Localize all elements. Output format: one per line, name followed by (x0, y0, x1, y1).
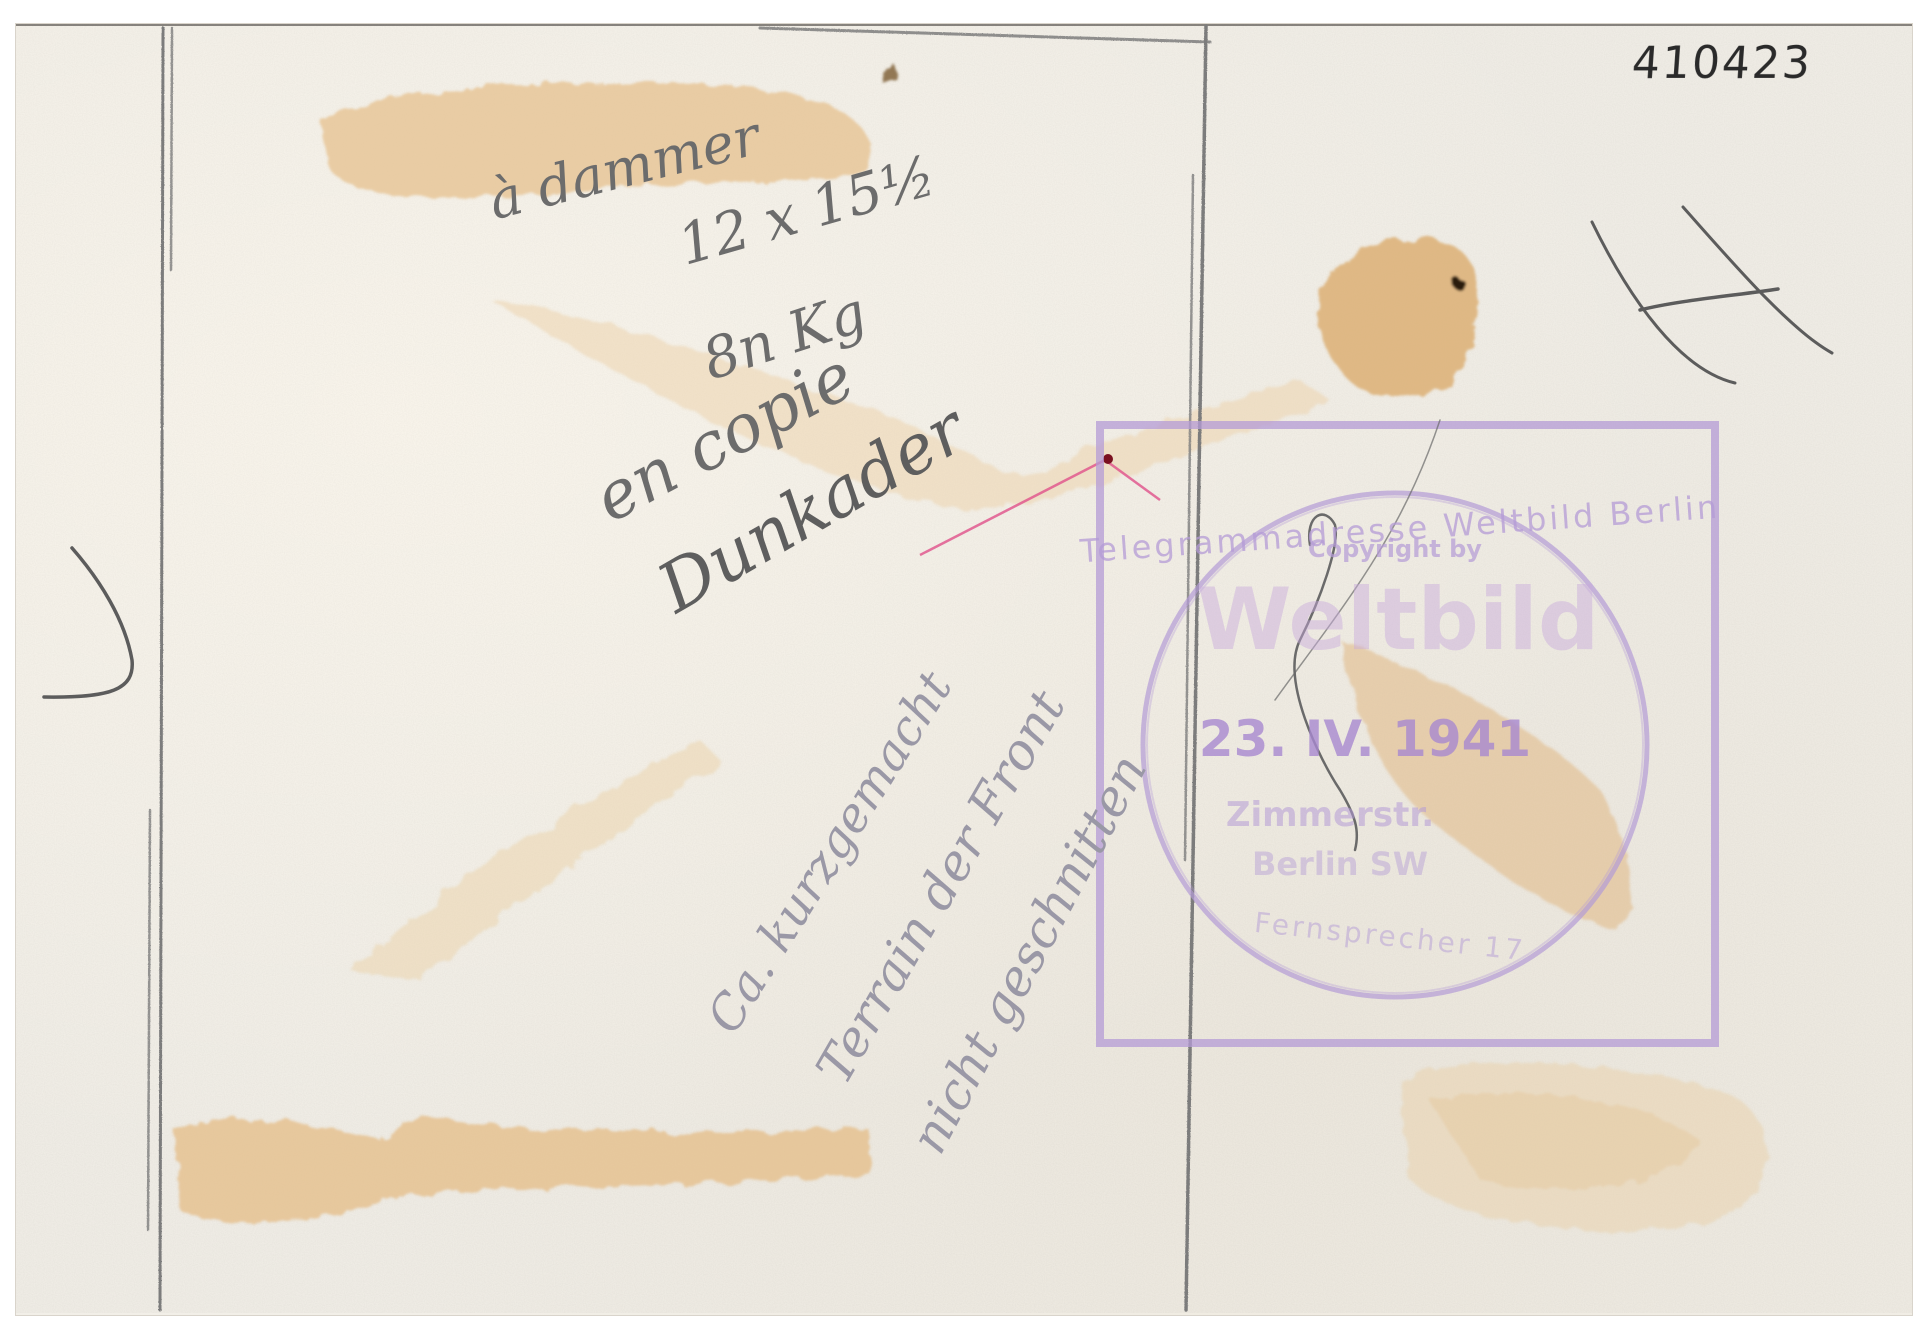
ink-dot (1103, 454, 1113, 464)
stamp-copyright-label: Copyright by (1308, 535, 1482, 563)
stamp-city: Berlin SW (1252, 845, 1428, 883)
catalog-number: 410423 (1630, 38, 1814, 89)
stamp-agency: Weltbild (1197, 570, 1600, 670)
stamp-date: 23. IV. 1941 (1199, 710, 1531, 768)
stamp-street: Zimmerstr. (1226, 795, 1434, 835)
